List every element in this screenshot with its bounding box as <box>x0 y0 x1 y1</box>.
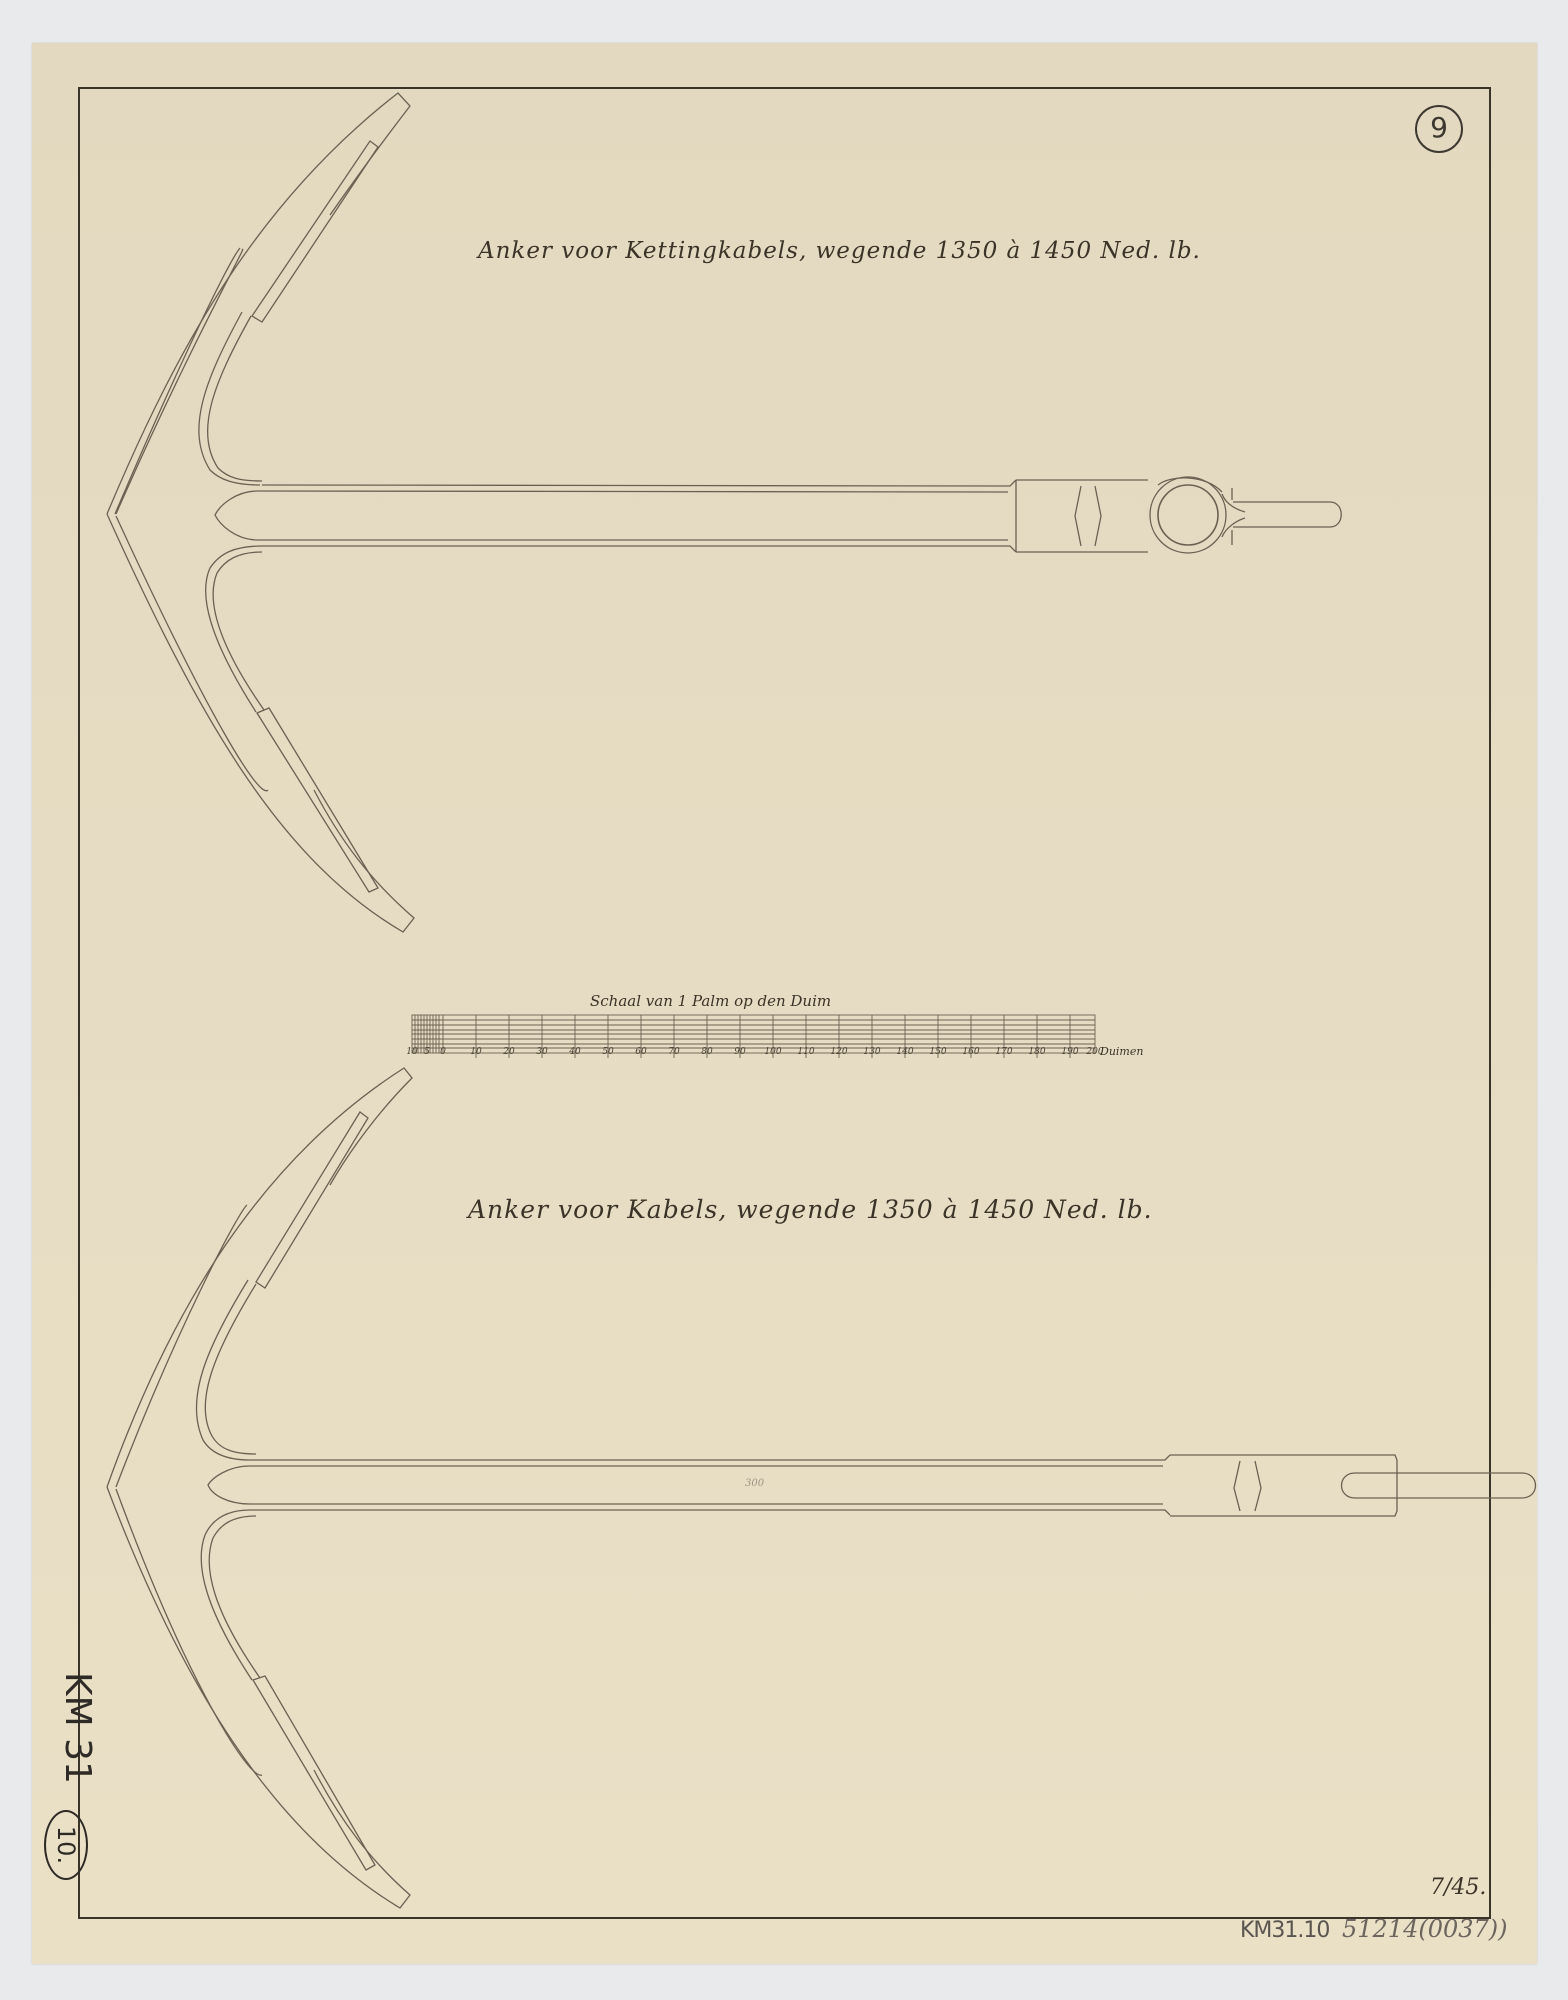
inventory-number: KM31.10 <box>1240 1918 1329 1943</box>
scale-tick: 170 <box>995 1047 1012 1057</box>
scale-tick: 20 <box>503 1047 514 1057</box>
shank-pencil-note: 300 <box>745 1478 764 1489</box>
scale-tick: 180 <box>1028 1047 1045 1057</box>
scale-tick: 120 <box>830 1047 847 1057</box>
shelf-mark: KM 31 <box>57 1672 98 1784</box>
scale-tick: 10 <box>406 1047 417 1057</box>
scale-tick: 70 <box>668 1047 679 1057</box>
scale-tick: 150 <box>929 1047 946 1057</box>
scale-tick: 100 <box>764 1047 781 1057</box>
inventory-catalog-number: 51214(0037)) <box>1342 1915 1508 1943</box>
shelf-item-circled: 10. <box>44 1810 88 1880</box>
shelf-item-number: 10. <box>52 1826 80 1864</box>
top-anchor <box>107 93 1341 932</box>
scale-tick: 60 <box>635 1047 646 1057</box>
scale-tick: 190 <box>1061 1047 1078 1057</box>
scale-tick: 0 <box>440 1047 446 1057</box>
bottom-anchor-title: Anker voor Kabels, wegende 1350 à 1450 N… <box>468 1195 1153 1224</box>
scale-tick: 40 <box>569 1047 580 1057</box>
sheet-reference: 7/45. <box>1430 1875 1486 1900</box>
scale-tick: 130 <box>863 1047 880 1057</box>
top-anchor-title: Anker voor Kettingkabels, wegende 1350 à… <box>478 238 1201 264</box>
bottom-anchor <box>107 1068 1536 1908</box>
scale-tick: 110 <box>797 1047 814 1057</box>
page-number-circled: 9 <box>1415 105 1463 153</box>
scale-tick: 10 <box>470 1047 481 1057</box>
scale-tick: 50 <box>602 1047 613 1057</box>
scale-tick: 5 <box>424 1047 430 1057</box>
scale-unit: Duimen <box>1100 1045 1143 1058</box>
scale-tick: 90 <box>734 1047 745 1057</box>
scale-tick: 160 <box>962 1047 979 1057</box>
scale-tick: 30 <box>536 1047 547 1057</box>
scale-tick: 140 <box>896 1047 913 1057</box>
scale-title: Schaal van 1 Palm op den Duim <box>590 992 831 1010</box>
scale-tick: 80 <box>701 1047 712 1057</box>
